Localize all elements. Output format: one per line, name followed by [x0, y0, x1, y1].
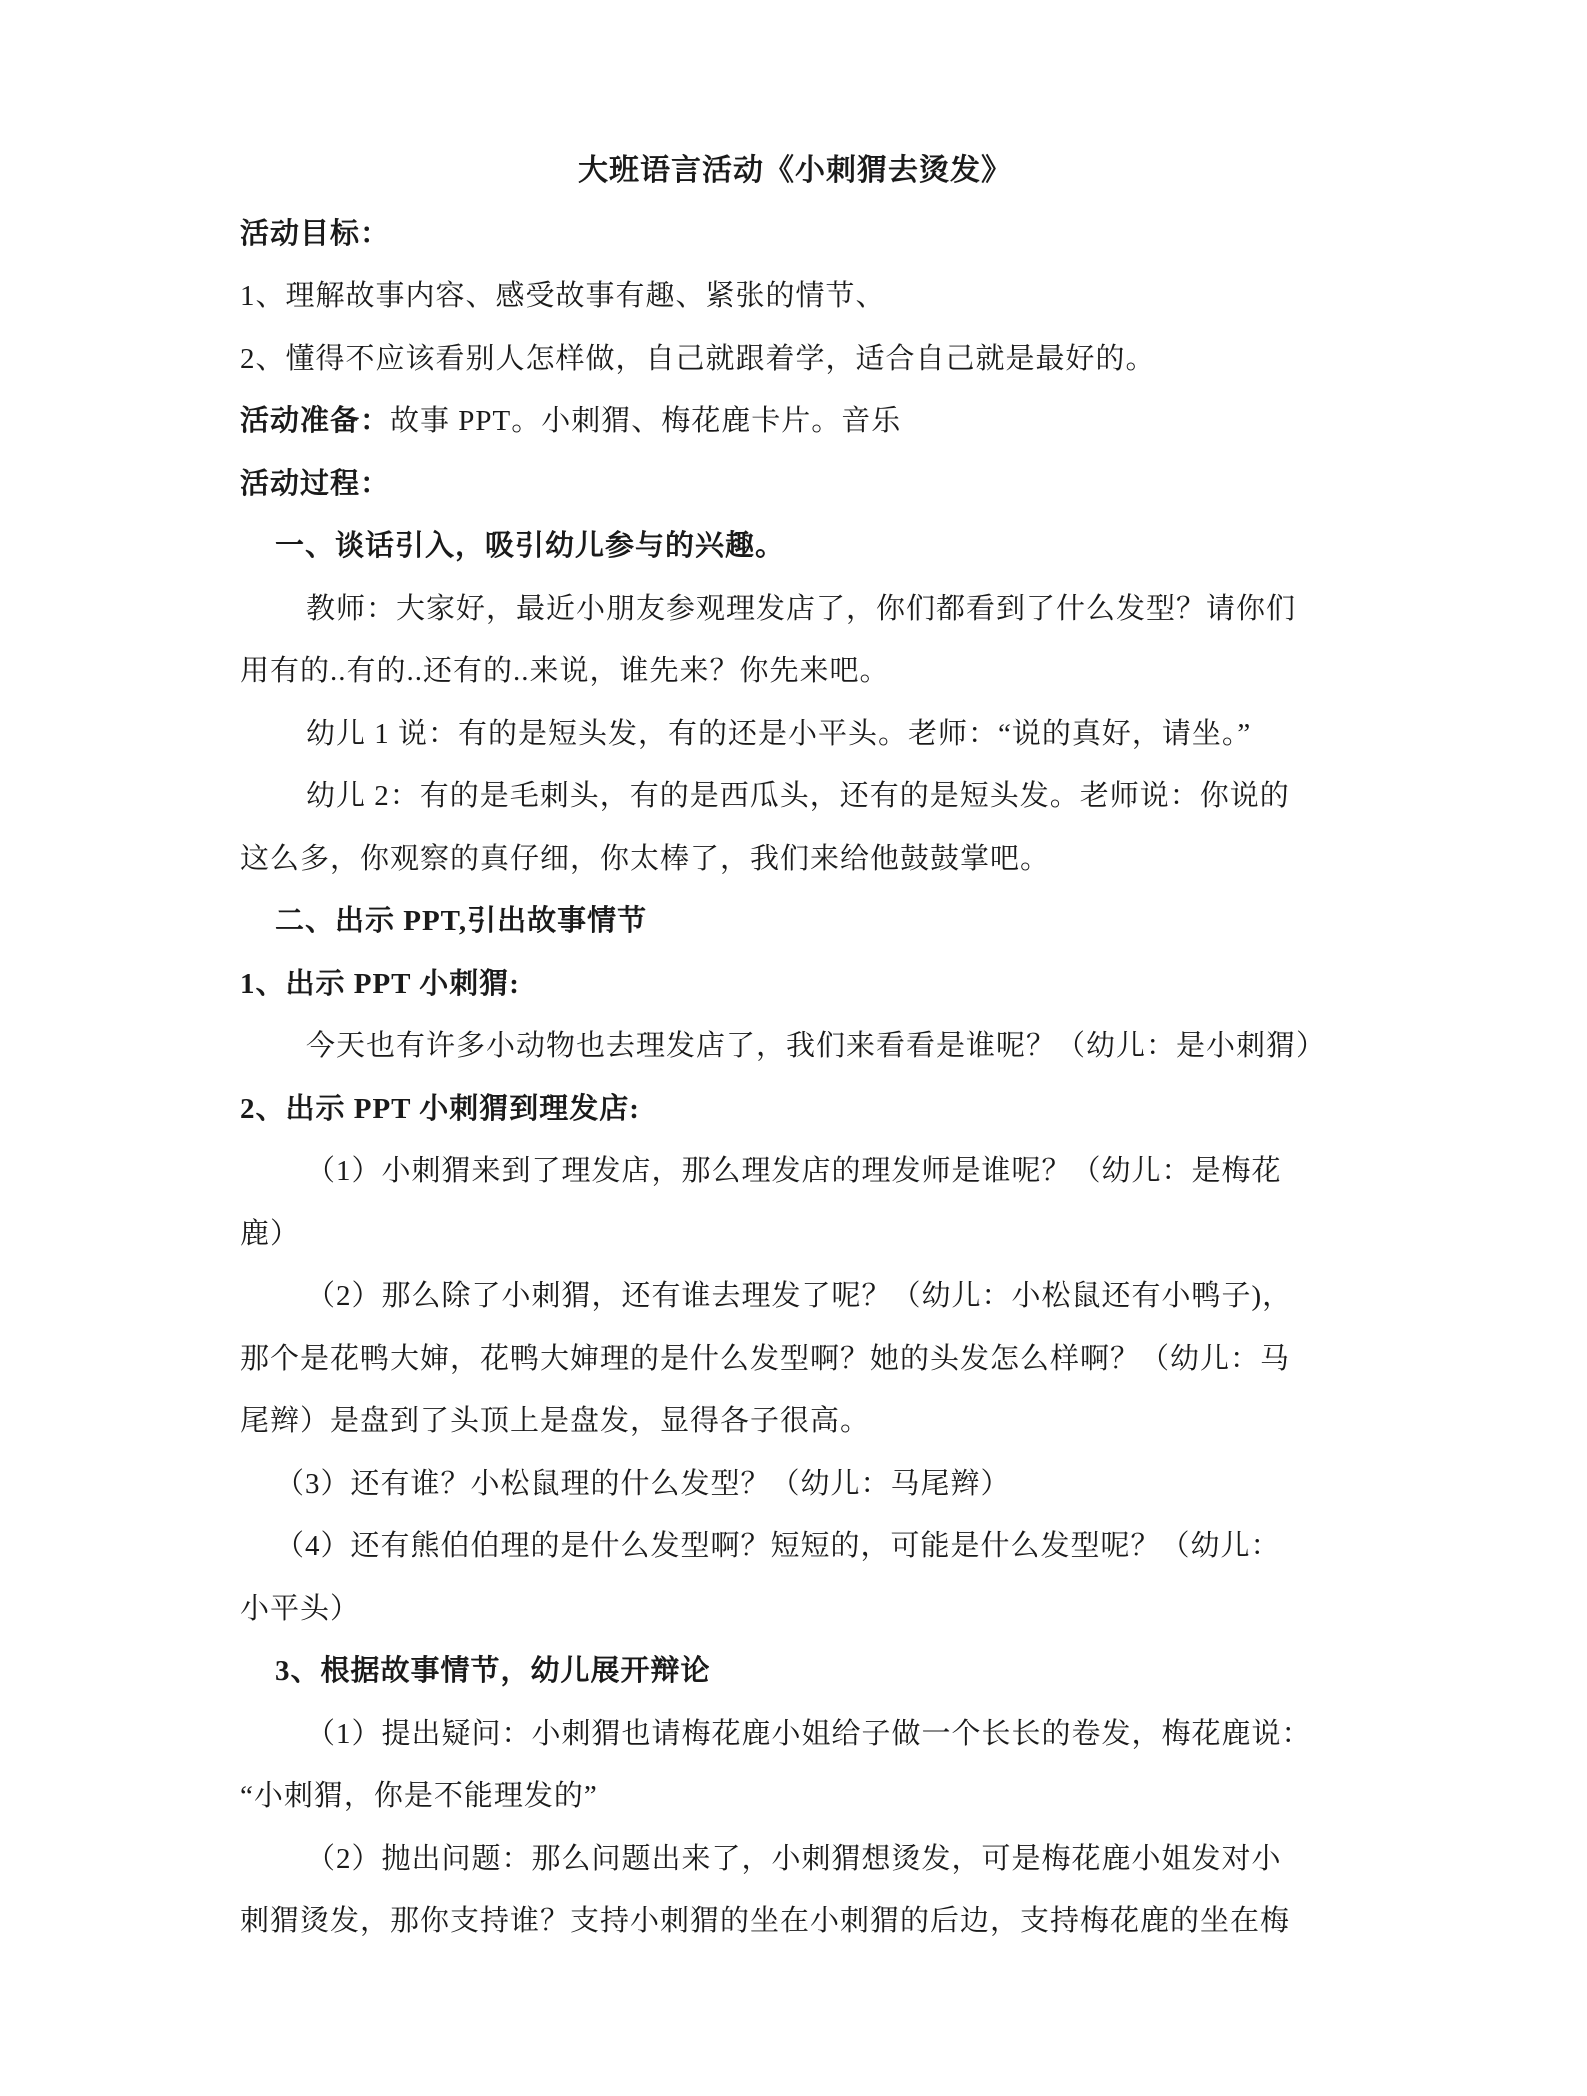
text-line: （4）还有熊伯伯理的是什么发型啊？短短的，可能是什么发型呢？（幼儿：	[240, 1515, 1350, 1578]
text-line: 教师：大家好，最近小朋友参观理发店了，你们都看到了什么发型？请你们	[240, 578, 1350, 641]
page-title: 大班语言活动《小刺猬去烫发》	[240, 140, 1350, 203]
item-2-show-ppt: 2、出示 PPT 小刺猬到理发店:	[240, 1078, 1350, 1141]
text-line: 幼儿 1 说：有的是短头发，有的还是小平头。老师：“说的真好，请坐。”	[240, 703, 1350, 766]
text-run: 刺猬烫发，那你支持谁？支持小刺猬的坐在小刺猬的后边，支持梅花鹿的坐在梅	[240, 1905, 1290, 1937]
section-two: 二、出示 PPT,引出故事情节	[240, 890, 1350, 953]
text-line: （3）还有谁？小松鼠理的什么发型？（幼儿：马尾辫）	[240, 1453, 1350, 1516]
text-line: （1）提出疑问：小刺猬也请梅花鹿小姐给子做一个长长的卷发，梅花鹿说：	[240, 1703, 1350, 1766]
text-line: 2、懂得不应该看别人怎样做，自己就跟着学，适合自己就是最好的。	[240, 328, 1350, 391]
heading-goals: 活动目标：	[240, 203, 1350, 266]
text-line: （1）小刺猬来到了理发店，那么理发店的理发师是谁呢？（幼儿：是梅花	[240, 1140, 1350, 1203]
text-run: （2）抛出问题：那么问题出来了，小刺猬想烫发，可是梅花鹿小姐发对小	[306, 1843, 1282, 1875]
text-run: （3）还有谁？小松鼠理的什么发型？（幼儿：马尾辫）	[275, 1468, 1011, 1500]
text-line: 刺猬烫发，那你支持谁？支持小刺猬的坐在小刺猬的后边，支持梅花鹿的坐在梅	[240, 1890, 1350, 1953]
text-line: 鹿）	[240, 1203, 1350, 1266]
text-run: 2、懂得不应该看别人怎样做，自己就跟着学，适合自己就是最好的。	[240, 343, 1156, 375]
text-run: 幼儿 2：有的是毛刺头，有的是西瓜头，还有的是短头发。老师说：你说的	[306, 780, 1290, 812]
bold-text-run: 大班语言活动《小刺猬去烫发》	[578, 154, 1012, 187]
text-line: 用有的..有的..还有的..来说，谁先来？你先来吧。	[240, 640, 1350, 703]
heading-process: 活动过程：	[240, 453, 1350, 516]
bold-text-run: 2、出示 PPT 小刺猬到理发店:	[240, 1093, 640, 1125]
text-line: 小平头）	[240, 1578, 1350, 1641]
bold-text-run: 一、谈话引入，吸引幼儿参与的兴趣。	[275, 530, 785, 562]
text-run: 幼儿 1 说：有的是短头发，有的还是小平头。老师：“说的真好，请坐。”	[306, 718, 1251, 750]
section-one: 一、谈话引入，吸引幼儿参与的兴趣。	[240, 515, 1350, 578]
text-line: （2）那么除了小刺猬，还有谁去理发了呢？（幼儿：小松鼠还有小鸭子)，	[240, 1265, 1350, 1328]
text-line: 这么多，你观察的真仔细，你太棒了，我们来给他鼓鼓掌吧。	[240, 828, 1350, 891]
bold-text-run: 活动准备：	[240, 405, 390, 437]
text-run: （1）提出疑问：小刺猬也请梅花鹿小姐给子做一个长长的卷发，梅花鹿说：	[306, 1718, 1312, 1750]
text-run: 故事 PPT。小刺猬、梅花鹿卡片。音乐	[390, 405, 901, 437]
text-line: 那个是花鸭大婶，花鸭大婶理的是什么发型啊？她的头发怎么样啊？（幼儿：马	[240, 1328, 1350, 1391]
item-3-debate: 3、根据故事情节，幼儿展开辩论	[240, 1640, 1350, 1703]
text-run: 用有的..有的..还有的..来说，谁先来？你先来吧。	[240, 655, 890, 687]
text-line: 今天也有许多小动物也去理发店了，我们来看看是谁呢？（幼儿：是小刺猬）	[240, 1015, 1350, 1078]
text-line: 1、理解故事内容、感受故事有趣、紧张的情节、	[240, 265, 1350, 328]
bold-text-run: 活动过程：	[240, 468, 390, 500]
document-body: 大班语言活动《小刺猬去烫发》活动目标：1、理解故事内容、感受故事有趣、紧张的情节…	[240, 140, 1350, 1953]
bold-text-run: 二、出示 PPT,引出故事情节	[275, 905, 647, 937]
bold-text-run: 活动目标：	[240, 218, 390, 250]
bold-text-run: 3、根据故事情节，幼儿展开辩论	[275, 1655, 711, 1687]
text-run: 这么多，你观察的真仔细，你太棒了，我们来给他鼓鼓掌吧。	[240, 843, 1050, 875]
text-run: “小刺猬，你是不能理发的”	[240, 1780, 598, 1812]
text-run: 那个是花鸭大婶，花鸭大婶理的是什么发型啊？她的头发怎么样啊？（幼儿：马	[240, 1343, 1290, 1375]
item-1-show-ppt: 1、出示 PPT 小刺猬:	[240, 953, 1350, 1016]
text-run: 今天也有许多小动物也去理发店了，我们来看看是谁呢？（幼儿：是小刺猬）	[306, 1030, 1326, 1062]
bold-text-run: 1、出示 PPT 小刺猬:	[240, 968, 520, 1000]
text-run: 鹿）	[240, 1218, 300, 1250]
text-run: （1）小刺猬来到了理发店，那么理发店的理发师是谁呢？（幼儿：是梅花	[306, 1155, 1282, 1187]
heading-preparation: 活动准备：故事 PPT。小刺猬、梅花鹿卡片。音乐	[240, 390, 1350, 453]
text-line: （2）抛出问题：那么问题出来了，小刺猬想烫发，可是梅花鹿小姐发对小	[240, 1828, 1350, 1891]
text-run: （4）还有熊伯伯理的是什么发型啊？短短的，可能是什么发型呢？（幼儿：	[275, 1530, 1281, 1562]
text-run: 小平头）	[240, 1593, 360, 1625]
text-run: 1、理解故事内容、感受故事有趣、紧张的情节、	[240, 280, 886, 312]
text-line: 幼儿 2：有的是毛刺头，有的是西瓜头，还有的是短头发。老师说：你说的	[240, 765, 1350, 828]
document-page: 大班语言活动《小刺猬去烫发》活动目标：1、理解故事内容、感受故事有趣、紧张的情节…	[0, 0, 1587, 2096]
text-run: 教师：大家好，最近小朋友参观理发店了，你们都看到了什么发型？请你们	[306, 593, 1296, 625]
text-line: 尾辫）是盘到了头顶上是盘发，显得各子很高。	[240, 1390, 1350, 1453]
text-line: “小刺猬，你是不能理发的”	[240, 1765, 1350, 1828]
text-run: 尾辫）是盘到了头顶上是盘发，显得各子很高。	[240, 1405, 870, 1437]
text-run: （2）那么除了小刺猬，还有谁去理发了呢？（幼儿：小松鼠还有小鸭子)，	[306, 1280, 1292, 1312]
